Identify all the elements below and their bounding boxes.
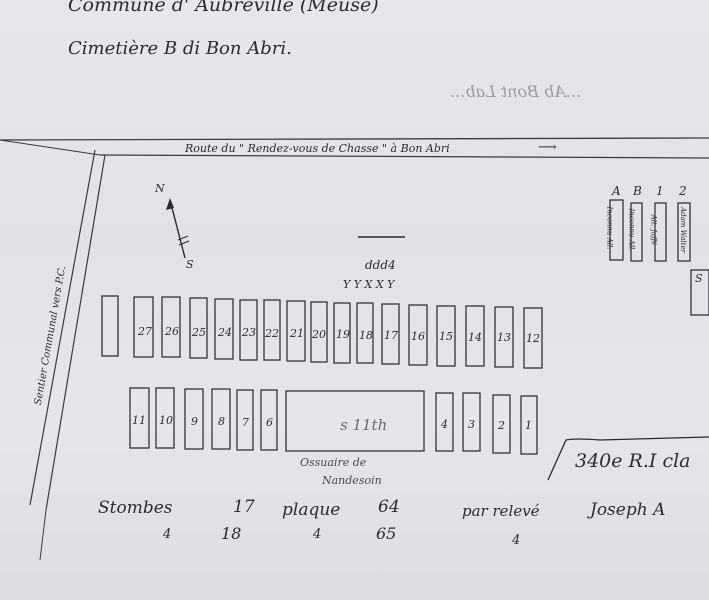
footer-sub-5: 4	[512, 533, 520, 548]
right-plot-header-b: B	[633, 184, 642, 198]
center-marks: Y Y X X Y	[343, 278, 394, 291]
svg-text:2: 2	[497, 419, 505, 432]
svg-text:27: 27	[137, 325, 152, 338]
svg-text:17: 17	[384, 329, 398, 342]
svg-text:4: 4	[440, 418, 448, 431]
right-plot-header-1: 1	[656, 184, 664, 198]
svg-text:18: 18	[359, 329, 373, 342]
svg-text:24: 24	[217, 326, 232, 339]
footer-surveyor-name: Joseph A	[590, 500, 665, 520]
svg-text:21: 21	[289, 327, 304, 340]
header-commune: Commune d' Aubréville (Meuse)	[68, 0, 379, 16]
right-plots	[610, 200, 709, 315]
compass-north: N	[155, 182, 165, 195]
right-plot-name-a: Inconnu All.	[605, 207, 613, 250]
compass-arrow-icon	[166, 198, 189, 258]
right-plot-name-1: Alt. Jaffé	[649, 215, 657, 246]
svg-text:8: 8	[218, 415, 225, 428]
svg-text:9: 9	[191, 415, 198, 428]
bleed-through-text: ...Ab Bont Lab...	[450, 82, 581, 101]
svg-text:13: 13	[497, 331, 511, 344]
right-plot-name-b: Inconnu All.	[627, 209, 635, 252]
svg-text:25: 25	[191, 326, 206, 339]
svg-text:12: 12	[526, 332, 540, 345]
svg-text:7: 7	[242, 416, 249, 429]
ossuary-caption-1: Ossuaire de	[300, 456, 366, 469]
footer-plaque-label: plaque	[282, 500, 340, 520]
footer-tombs-count: 17	[233, 497, 255, 517]
svg-text:15: 15	[439, 330, 453, 343]
right-plot-header-2: 2	[679, 184, 687, 198]
svg-text:26: 26	[164, 325, 179, 338]
footer-plaque-count: 64	[378, 497, 400, 517]
svg-text:11: 11	[132, 414, 146, 427]
footer-sub-1: 4	[163, 527, 171, 542]
regiment-label: 340e R.I cla	[575, 450, 690, 472]
svg-text:6: 6	[266, 416, 273, 429]
bottom-row-labels: 11 10 9 8 7 6 4 3 2 1	[132, 414, 532, 432]
svg-text:10: 10	[159, 414, 173, 427]
right-plot-name-2: Adam Walter	[679, 207, 687, 253]
svg-text:19: 19	[336, 328, 350, 341]
ossuary-label: s 11th	[340, 416, 387, 434]
right-partial-box-label: S	[695, 272, 703, 285]
compass-south: S	[186, 258, 194, 271]
footer-tombs-label: Stombes	[98, 498, 173, 518]
svg-text:22: 22	[264, 327, 279, 340]
svg-text:3: 3	[468, 418, 475, 431]
header-cemetery: Cimetière B di Bon Abri.	[68, 38, 292, 59]
footer-sub-3: 4	[313, 527, 321, 542]
top-road-label: Route du " Rendez-vous de Chasse " à Bon…	[185, 142, 450, 155]
center-code: ddd4	[365, 258, 396, 272]
right-plot-header-a: A	[612, 184, 621, 198]
svg-text:1: 1	[525, 419, 532, 432]
footer-sub-2: 18	[221, 524, 241, 543]
footer-sub-4: 65	[376, 524, 396, 543]
svg-text:16: 16	[411, 330, 425, 343]
footer-surveyed-by: par relevé	[462, 502, 540, 520]
svg-text:20: 20	[311, 328, 326, 341]
top-row-labels: 27 26 25 24 23 22 21 20 19 18 17 16 15 1…	[137, 325, 540, 345]
ossuary-caption-2: Nandesoin	[322, 474, 382, 487]
svg-text:23: 23	[241, 326, 256, 339]
arrow-right-icon: ⟶	[538, 140, 557, 155]
svg-text:14: 14	[468, 331, 482, 344]
